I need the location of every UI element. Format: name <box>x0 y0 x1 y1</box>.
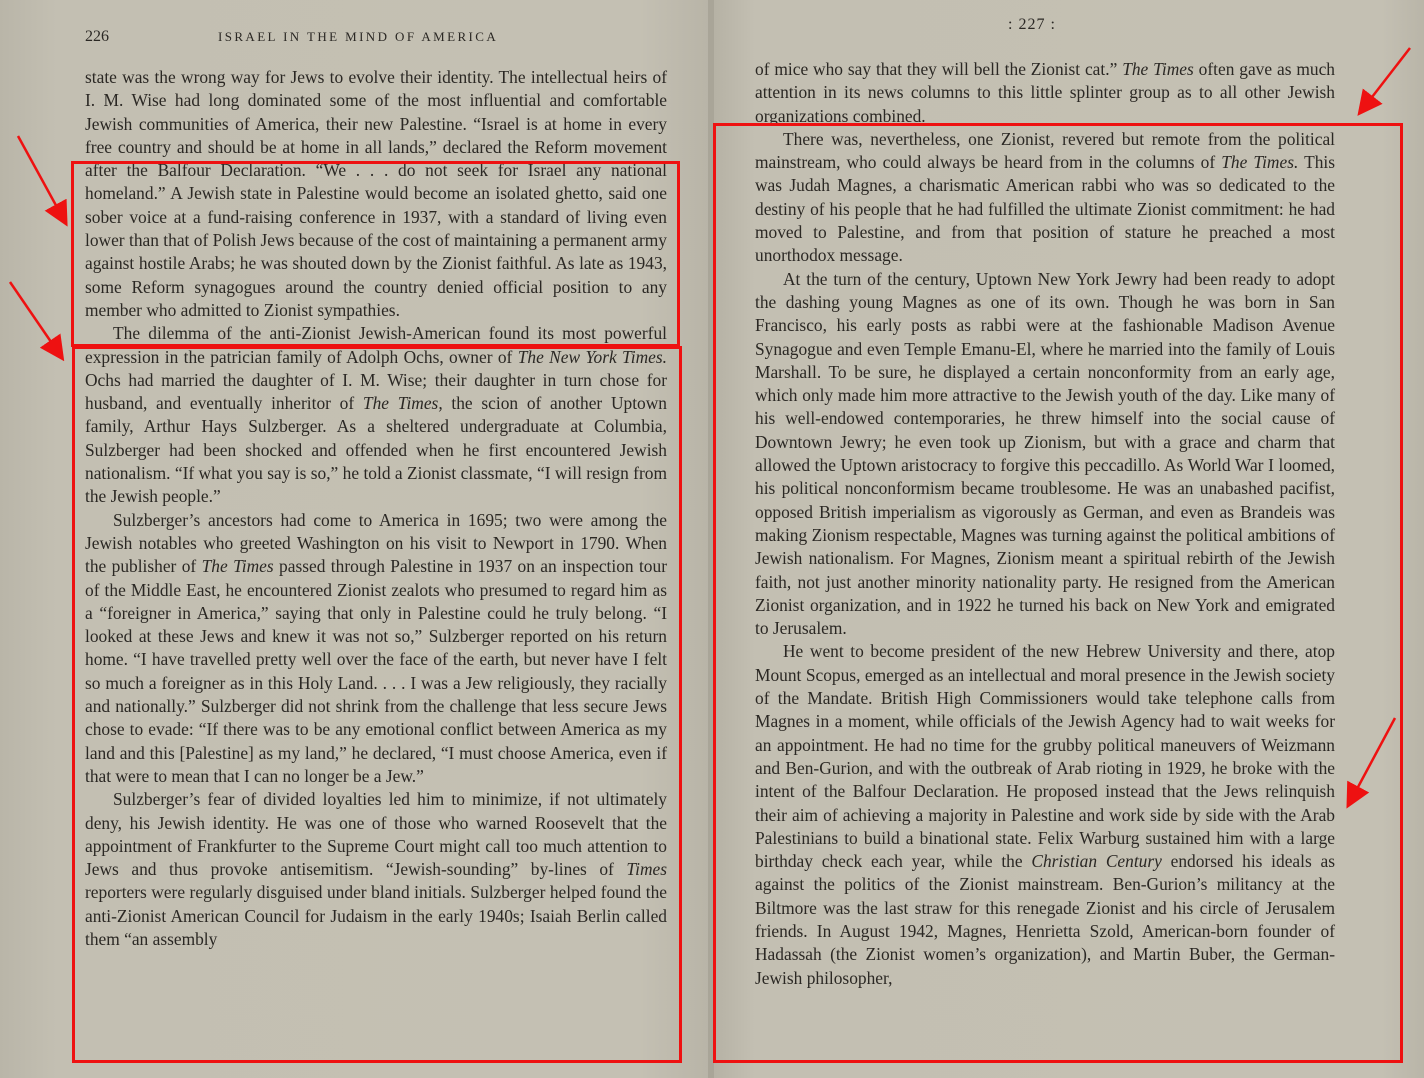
paragraph: Sulzberger’s fear of divided loyalties l… <box>85 788 667 951</box>
right-text-column: of mice who say that they will bell the … <box>755 58 1335 990</box>
book-gutter <box>708 0 714 1078</box>
page-number-left: 226 <box>85 28 109 46</box>
running-head: ISRAEL IN THE MIND OF AMERICA <box>218 29 498 45</box>
paragraph: He went to become president of the new H… <box>755 640 1335 989</box>
left-text-column: state was the wrong way for Jews to evol… <box>85 66 667 951</box>
paragraph: state was the wrong way for Jews to evol… <box>85 66 667 322</box>
paragraph: Sulzberger’s ancestors had come to Ameri… <box>85 509 667 789</box>
paragraph: of mice who say that they will bell the … <box>755 58 1335 128</box>
paragraph: At the turn of the century, Uptown New Y… <box>755 268 1335 641</box>
paragraph: The dilemma of the anti-Zionist Jewish-A… <box>85 322 667 508</box>
page-number-right: : 227 : <box>1008 16 1056 34</box>
paragraph: There was, nevertheless, one Zionist, re… <box>755 128 1335 268</box>
